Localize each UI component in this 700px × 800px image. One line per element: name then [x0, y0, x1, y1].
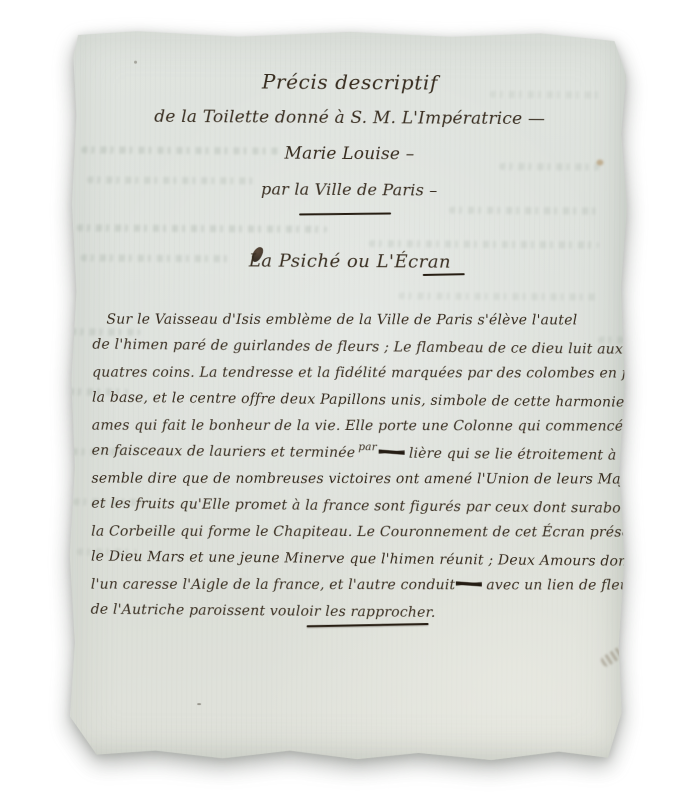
- showthrough-line: [449, 207, 599, 215]
- page-background: Précis descriptif de la Toilette donné à…: [0, 0, 700, 800]
- body-line: la base, et le centre offre deux Papillo…: [92, 384, 608, 415]
- inserted-word: par: [358, 441, 377, 453]
- manuscript-paper-shadow: Précis descriptif de la Toilette donné à…: [66, 28, 630, 763]
- body-line: de l'Autriche paroissent vouloir les rap…: [91, 596, 607, 627]
- body-line-segment: l'un caresse l'Aigle de la france, et l'…: [91, 577, 456, 594]
- body-line-segment: avec un lien de fleurs celui: [486, 577, 683, 593]
- body-line: quatres coins. La tendresse et la fidéli…: [92, 360, 608, 387]
- title-line-marie-louise: Marie Louise –: [69, 142, 629, 165]
- title-line-dedication: de la Toilette donné à S. M. L'Impératri…: [70, 106, 630, 129]
- body-line: Sur le Vaisseau d'Isis emblème de la Vil…: [92, 307, 608, 334]
- body-line: semble dire que de nombreuses victoires …: [91, 466, 607, 493]
- manuscript-paper: Précis descriptif de la Toilette donné à…: [66, 28, 630, 763]
- showthrough-line: [399, 292, 599, 300]
- ink-speck: [134, 61, 137, 64]
- heading-flourish-tail: [423, 273, 465, 275]
- ink-speck: [197, 703, 201, 705]
- showthrough-line: [81, 254, 231, 262]
- showthrough-line: [77, 224, 327, 233]
- struck-out-word-mark: [456, 578, 482, 590]
- body-line: et les fruits qu'Elle promet à la france…: [91, 490, 607, 521]
- section-heading: La Psiché ou L'Écran: [249, 250, 451, 272]
- body-paragraph: Sur le Vaisseau d'Isis emblème de la Vil…: [91, 305, 609, 626]
- struck-out-word-mark: [379, 446, 405, 458]
- manuscript-title: Précis descriptif: [70, 68, 630, 95]
- body-line: ames qui fait le bonheur de la vie. Elle…: [92, 413, 608, 440]
- body-line-segment: en faisceaux de lauriers et terminée: [92, 442, 356, 461]
- body-line-segment: lière qui se lie étroitement à elle,: [409, 445, 652, 463]
- body-line-with-correction: l'un caresse l'Aigle de la france, et l'…: [91, 572, 607, 599]
- title-separator-rule: [299, 212, 391, 215]
- body-line: le Dieu Mars et une jeune Minerve que l'…: [91, 543, 607, 574]
- body-line: la Corbeille qui forme le Chapiteau. Le …: [91, 519, 607, 546]
- showthrough-line: [369, 240, 599, 248]
- title-line-ville-de-paris: par la Ville de Paris –: [69, 178, 629, 200]
- body-line: de l'himen paré de guirlandes de fleurs …: [92, 331, 608, 362]
- stamp-smudge: [599, 638, 637, 668]
- body-line-with-correction: en faisceaux de lauriers et terminéeparl…: [92, 437, 608, 468]
